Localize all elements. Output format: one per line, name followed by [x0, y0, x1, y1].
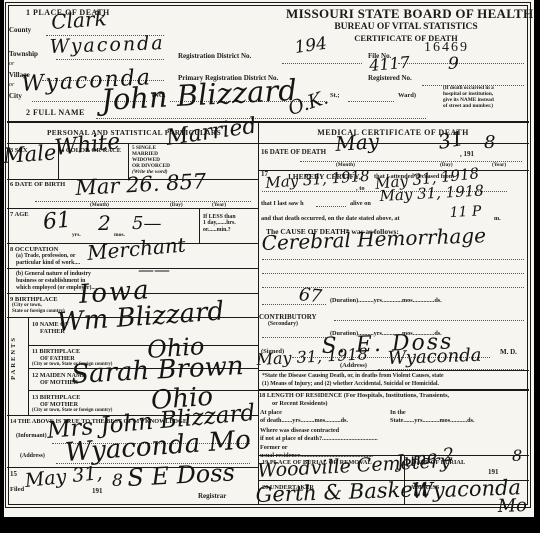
mother-birthplace-label: OF MOTHER — [40, 401, 78, 408]
mother-birthplace-label: 13 BIRTHPLACE — [32, 394, 80, 401]
or-label: or — [9, 61, 14, 67]
duration-label: (Duration)..........yrs.............mos.… — [330, 297, 442, 304]
filed-label: Filed — [10, 486, 24, 493]
birthplace-label: 9 BIRTHPLACE — [10, 296, 58, 303]
last-saw-pre-label: that I last saw h — [261, 200, 304, 207]
hospital-note-line: of street and number.) — [443, 104, 529, 110]
sign-address-value: Wyaconda — [387, 347, 481, 368]
divider — [28, 390, 258, 391]
reg-district-label: Registration District No. — [178, 52, 251, 60]
meridiem-label: m. — [494, 215, 501, 222]
contributory-line — [334, 319, 524, 321]
dob-label: 6 DATE OF BIRTH — [10, 181, 65, 188]
certificate-number: 16469 — [424, 40, 469, 56]
year-caption: (Year) — [492, 162, 506, 168]
divider — [258, 370, 529, 371]
county-label: County — [9, 26, 31, 34]
last-saw-post-label: alive on — [350, 200, 371, 207]
year-caption: (Year) — [212, 202, 226, 208]
st-line — [348, 100, 394, 102]
filed-year-printed: 191 — [92, 487, 103, 495]
cause-line — [262, 272, 524, 274]
death-day-value: 31 — [437, 128, 466, 152]
medical-section-title: MEDICAL CERTIFICATE OF DEATH — [268, 128, 518, 137]
filed-year-value: 8 — [112, 473, 123, 490]
board-title: MISSOURI STATE BOARD OF HEALTH — [286, 6, 526, 22]
father-birthplace-label: OF FATHER — [40, 355, 75, 362]
contracted-line: if not at place of death?...............… — [260, 435, 378, 442]
reg-district-value: 194 — [294, 36, 329, 57]
file-no-line — [398, 62, 524, 64]
divider — [28, 345, 258, 346]
registered-no-value: 9 — [448, 56, 459, 73]
at-place-label: At place — [260, 409, 282, 416]
burial-year-value: 8 — [512, 448, 522, 464]
county-value: Clark — [51, 8, 108, 32]
day-caption: (Day) — [170, 202, 183, 208]
death-time-value: 11 P — [449, 204, 481, 220]
informant-address-label: (Address) — [20, 453, 45, 459]
or-label: or — [9, 82, 14, 88]
filed-row-number: 15 — [10, 470, 17, 478]
duration-lead-line — [262, 303, 326, 305]
age-label: 7 AGE — [10, 211, 29, 218]
township-value: Wyaconda — [49, 34, 165, 57]
birthplace-sub: (City or town, — [12, 303, 42, 308]
primary-district-value: 4117 — [369, 55, 411, 74]
month-caption: (Month) — [90, 202, 109, 208]
ward-label: Ward) — [398, 92, 416, 99]
death-month-value: May — [335, 131, 380, 154]
less-line: 1 day,......hrs. — [203, 220, 236, 226]
occupation-b-line: (b) General nature of industry — [16, 271, 91, 277]
last-saw-strike — [316, 205, 346, 207]
informant-label: (Informant) — [16, 433, 47, 439]
date-of-death-line — [300, 160, 522, 162]
state-line: State.......yrs...........mos...........… — [390, 417, 475, 424]
contracted-label: Where was disease contracted — [260, 427, 339, 434]
occupation-a-line: (a) Trade, profession, or — [16, 253, 75, 259]
sign-address-label: (Address) — [340, 362, 367, 369]
st-label: St.; — [330, 92, 340, 99]
in-the-label: In the — [390, 409, 406, 416]
less-than-day-label: If LESS than 1 day,......hrs. or......mi… — [203, 214, 236, 233]
less-line: or......min.? — [203, 227, 236, 233]
residence-label: or Recent Residents) — [272, 400, 328, 407]
yrs-caption: yrs. — [72, 232, 81, 238]
burial-year-printed: 191 — [488, 468, 499, 476]
hospital-note: (If death occurred in a hospital or inst… — [443, 86, 529, 110]
occupation-label: 8 OCCUPATION — [10, 246, 58, 253]
divider — [7, 121, 529, 123]
death-year-value: 8 — [484, 134, 495, 152]
age-days-value: 5— — [132, 215, 161, 233]
at-place-line: of death.......yrs.........mos..........… — [260, 417, 348, 424]
divider — [28, 317, 29, 415]
sex-value: Male — [3, 142, 58, 167]
to-label: , to — [356, 185, 365, 192]
full-name-label: 2 FULL NAME — [26, 108, 85, 117]
age-years-value: 61 — [42, 210, 72, 234]
registered-no-label: Registered No. — [368, 74, 412, 82]
reg-district-line — [282, 62, 362, 64]
duration-lead-line — [262, 336, 326, 338]
father-birthplace-label: 11 BIRTHPLACE — [32, 348, 80, 355]
full-name-line — [96, 117, 426, 119]
divider — [7, 268, 258, 269]
divider — [199, 208, 200, 243]
city-label: City — [9, 92, 22, 100]
occupation-b-line: business or establishment in — [16, 278, 85, 284]
township-label: Township — [9, 50, 38, 58]
parents-vertical-label: PARENTS — [10, 336, 17, 380]
death-occurred-label: and that death occurred, on the date sta… — [261, 215, 400, 222]
former-label: Former or — [260, 444, 288, 451]
footnote-line: *State the Disease Causing Death, or, in… — [262, 373, 444, 379]
divider — [258, 389, 529, 391]
death-year-printed: , 191 — [460, 150, 474, 158]
md-label: M. D. — [500, 348, 517, 356]
registrar-label: Registrar — [198, 492, 226, 500]
bureau-title: BUREAU OF VITAL STATISTICS — [286, 22, 526, 32]
occupation-a-line: particular kind of work.... — [16, 260, 80, 266]
scan-bottom-bar — [0, 517, 540, 533]
undertaker-address-value2: Mo — [497, 497, 527, 516]
registrar-signature: S E Doss — [127, 460, 236, 490]
township-line — [56, 58, 164, 60]
death-certificate-scan: MISSOURI STATE BOARD OF HEALTH BUREAU OF… — [0, 0, 540, 533]
residence-label: 18 LENGTH OF RESIDENCE (For Hospitals, I… — [259, 392, 449, 399]
age-months-value: 2 — [98, 213, 111, 233]
footnote-line: (1) Means of Injury; and (2) whether Acc… — [262, 381, 439, 387]
contributory-label: CONTRIBUTORY — [259, 313, 317, 321]
secondary-label: (Secondary) — [268, 321, 298, 327]
cause-line — [262, 258, 524, 260]
date-of-death-label: 16 DATE OF DEATH — [261, 148, 326, 156]
